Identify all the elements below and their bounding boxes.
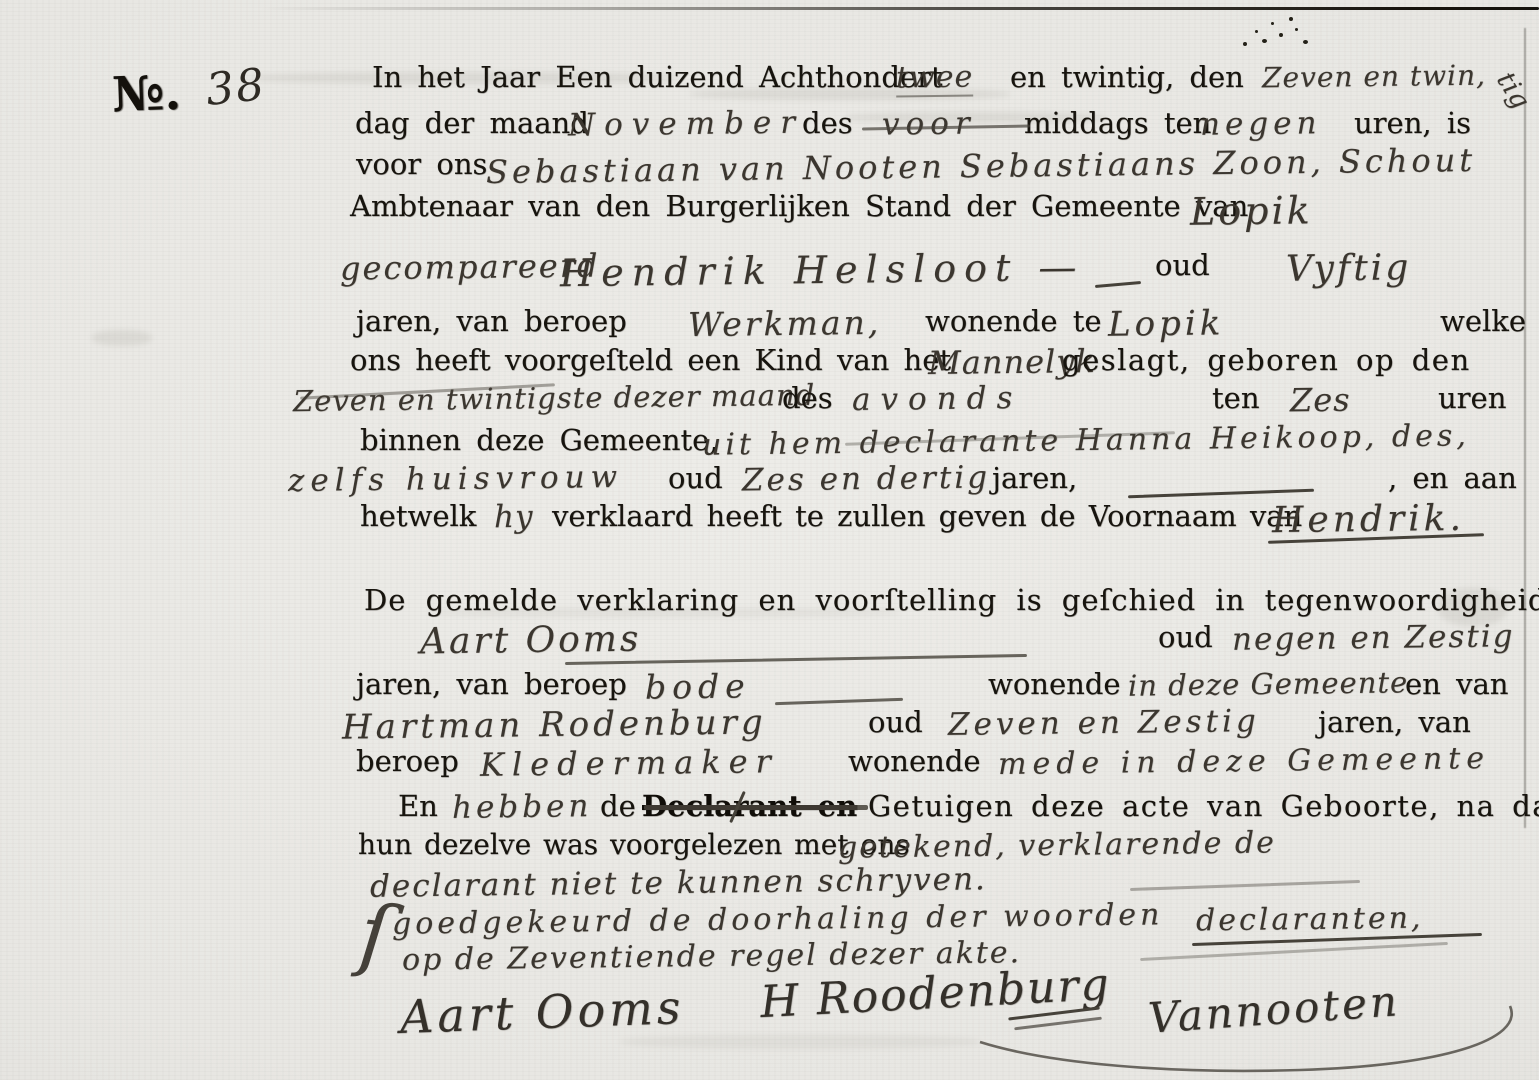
printed-text: welke — [1440, 304, 1526, 338]
form-line-5: gecompareerd Hendrik Helsloot — oud Vyft… — [0, 248, 1539, 296]
ink-spot — [1279, 33, 1283, 37]
declarant-name-handwritten: Hendrik Helsloot — — [560, 245, 1085, 295]
printed-text: jaren, — [992, 461, 1077, 495]
printed-text: ons heeft voorgeſteld een Kind van het — [350, 343, 951, 377]
printed-text: hun dezelve was voorgelezen met ons — [358, 828, 910, 861]
ink-spot — [1243, 42, 1247, 46]
birth-hour-handwritten: Zes — [1290, 381, 1351, 420]
signature-witness1: Aart Ooms — [399, 980, 685, 1044]
printed-text: wonende — [848, 744, 981, 778]
printed-text: de — [600, 789, 636, 823]
form-line-4: Ambtenaar van den Burgerlijken Stand der… — [0, 189, 1539, 237]
day-handwritten: Zeven en twin, — [1262, 59, 1486, 95]
municipality-handwritten: Lopik — [1190, 188, 1313, 233]
approval-note-handwritten: goedgekeurd de doorhaling der woorden — [392, 897, 1164, 941]
declarant-age-handwritten: Vyftig — [1286, 247, 1412, 290]
witness1-name-handwritten: Aart Ooms — [420, 619, 642, 663]
printed-text: jaren, van — [1318, 705, 1471, 739]
ink-spot — [1255, 30, 1258, 33]
printed-text: En — [398, 789, 438, 823]
printed-text: verklaard heeft te zullen geven de Voorn… — [552, 499, 1302, 533]
printed-text: middags ten — [1024, 106, 1211, 140]
cannot-write-handwritten: declarant niet te kunnen schryven. — [370, 861, 987, 905]
printed-text: jaren, van beroep — [356, 304, 627, 338]
year-handwritten: twee — [896, 60, 974, 98]
declarant-residence-handwritten: Lopik — [1108, 303, 1225, 344]
bleedthrough-smudge — [620, 1035, 980, 1049]
printed-text: De gemelde verklaring en voorſtelling is… — [364, 583, 1539, 617]
top-rule-line — [260, 7, 1539, 10]
ink-spot — [1289, 17, 1293, 21]
witness2-age-handwritten: Zeven en Zestig — [948, 703, 1260, 743]
printed-text: ten — [1212, 381, 1260, 415]
witness2-residence-handwritten: mede in deze Gemeente — [998, 741, 1490, 782]
birth-daypart-handwritten: avonds — [852, 380, 1023, 418]
witness2-occupation-handwritten: Kledermaker — [480, 742, 779, 784]
printed-text: wonende te — [925, 304, 1102, 338]
strikethrough-bar — [644, 805, 868, 810]
printed-text: voor ons — [356, 147, 487, 181]
witness1-residence-handwritten: in deze Gemeente — [1128, 665, 1409, 702]
printed-text: Getuigen deze acte van Geboorte, na dat — [868, 789, 1539, 823]
printed-text: des — [782, 381, 833, 415]
printed-text: oud — [868, 705, 923, 739]
printed-text: des — [802, 106, 853, 140]
printed-text: en van — [1405, 667, 1508, 701]
printed-text: , en aan — [1388, 461, 1517, 495]
witness1-age-handwritten: negen en Zestig — [1232, 618, 1515, 657]
printed-text: uren, is — [1354, 106, 1471, 140]
approved-word-handwritten: declaranten, — [1196, 901, 1424, 939]
printed-text: en twintig, den — [1010, 60, 1244, 94]
declarant-occupation-handwritten: Werkman, — [688, 303, 882, 344]
hebben-handwritten: hebben — [452, 788, 593, 826]
ink-spot — [1295, 28, 1298, 31]
ink-spot — [1262, 39, 1267, 43]
signing-note-handwritten: getekend, verklarende de — [838, 825, 1276, 865]
printed-text: oud — [668, 461, 723, 495]
printed-text: dag der maand — [355, 106, 589, 140]
witness1-occupation-handwritten: bode — [645, 666, 751, 706]
witness2-name-handwritten: Hartman Rodenburg — [342, 702, 767, 747]
form-line-16: beroep Kledermaker wonende mede in deze … — [0, 744, 1539, 792]
scanned-birth-record-page: №. 38 In het Jaar Een duizend Achthonder… — [0, 0, 1539, 1080]
mother-name-handwritten: uit hem declarante Hanna Heikoop, des, — [702, 418, 1470, 462]
month-handwritten: November — [568, 105, 804, 144]
printed-text: uren — [1438, 381, 1506, 415]
hour-handwritten: negen — [1200, 105, 1322, 142]
mother-age-handwritten: Zes en dertig — [742, 459, 990, 498]
printed-text: In het Jaar Een duizend Achthondert — [372, 60, 943, 94]
printed-text: jaren, van beroep — [356, 667, 627, 701]
pronoun-handwritten: hy — [494, 499, 534, 535]
printed-text: geslagt, geboren op den — [1062, 343, 1471, 377]
printed-text: hetwelk — [360, 499, 476, 533]
mother-relation-handwritten: zelfs huisvrouw — [288, 459, 624, 499]
printed-text: Ambtenaar van den Burgerlijken Stand der… — [350, 189, 1248, 223]
printed-text: oud — [1155, 248, 1210, 282]
printed-text: binnen deze Gemeente, — [360, 423, 719, 457]
form-line-1: In het Jaar Een duizend Achthondert twee… — [0, 60, 1539, 108]
printed-text: oud — [1158, 620, 1213, 654]
printed-text: beroep — [356, 744, 459, 778]
ink-spot — [1303, 40, 1308, 44]
daypart-handwritten: voor — [882, 105, 976, 142]
registrar-name-handwritten: Sebastiaan van Nooten Sebastiaans Zoon, … — [486, 141, 1477, 191]
ink-spot — [1271, 22, 1274, 25]
printed-text: wonende — [988, 667, 1121, 701]
